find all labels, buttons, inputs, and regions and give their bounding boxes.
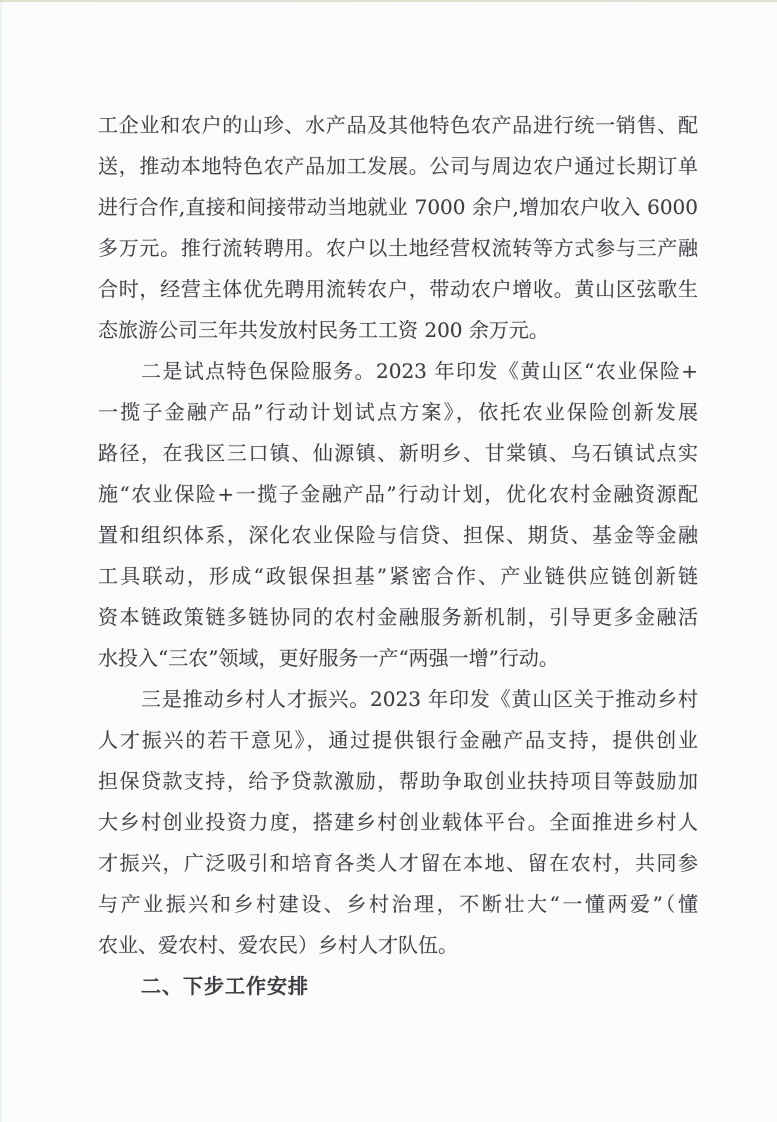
text-line: 工具联动，形成“政银保担基”紧密合作、产业链供应链创新链 [98, 556, 698, 597]
text-line: 农业、爱农村、爱农民）乡村人才队伍。 [98, 925, 698, 966]
text-line: 大乡村创业投资力度，搭建乡村创业载体平台。全面推进乡村人 [98, 802, 698, 843]
text-line: 三是推动乡村人才振兴。2023 年印发《黄山区关于推动乡村 [98, 679, 698, 720]
text-line: 与产业振兴和乡村建设、乡村治理，不断壮大“一懂两爱”（懂 [98, 884, 698, 925]
text-line: 进行合作,直接和间接带动当地就业 7000 余户,增加农户收入 6000 [98, 187, 698, 228]
text-line: 态旅游公司三年共发放村民务工工资 200 余万元。 [98, 310, 698, 351]
text-line: 送，推动本地特色农产品加工发展。公司与周边农户通过长期订单 [98, 146, 698, 187]
text-line: 工企业和农户的山珍、水产品及其他特色农产品进行统一销售、配 [98, 105, 698, 146]
text-line: 置和组织体系，深化农业保险与信贷、担保、期货、基金等金融 [98, 515, 698, 556]
text-line: 二是试点特色保险服务。2023 年印发《黄山区“农业保险+ [98, 351, 698, 392]
text-line: 人才振兴的若干意见》，通过提供银行金融产品支持，提供创业 [98, 720, 698, 761]
scan-edge-artifact-left [0, 0, 3, 1122]
text-line: 施“农业保险+一揽子金融产品”行动计划，优化农村金融资源配 [98, 474, 698, 515]
text-line: 路径，在我区三口镇、仙源镇、新明乡、甘棠镇、乌石镇试点实 [98, 433, 698, 474]
text-line: 多万元。推行流转聘用。农户以土地经营权流转等方式参与三产融 [98, 228, 698, 269]
text-line: 才振兴，广泛吸引和培育各类人才留在本地、留在农村，共同参 [98, 843, 698, 884]
text-line: 资本链政策链多链协同的农村金融服务新机制，引导更多金融活 [98, 597, 698, 638]
text-line: 合时，经营主体优先聘用流转农户，带动农户增收。黄山区弦歌生 [98, 269, 698, 310]
text-line: 水投入“三农”领域，更好服务一产“两强一增”行动。 [98, 638, 698, 679]
scanned-document-page: 工企业和农户的山珍、水产品及其他特色农产品进行统一销售、配送，推动本地特色农产品… [0, 0, 777, 1122]
text-line: 一揽子金融产品”行动计划试点方案》，依托农业保险创新发展 [98, 392, 698, 433]
scan-edge-artifact [0, 0, 777, 2]
section-heading: 二、下步工作安排 [98, 966, 698, 1007]
text-line: 担保贷款支持，给予贷款激励，帮助争取创业扶持项目等鼓励加 [98, 761, 698, 802]
document-body: 工企业和农户的山珍、水产品及其他特色农产品进行统一销售、配送，推动本地特色农产品… [98, 105, 698, 1007]
